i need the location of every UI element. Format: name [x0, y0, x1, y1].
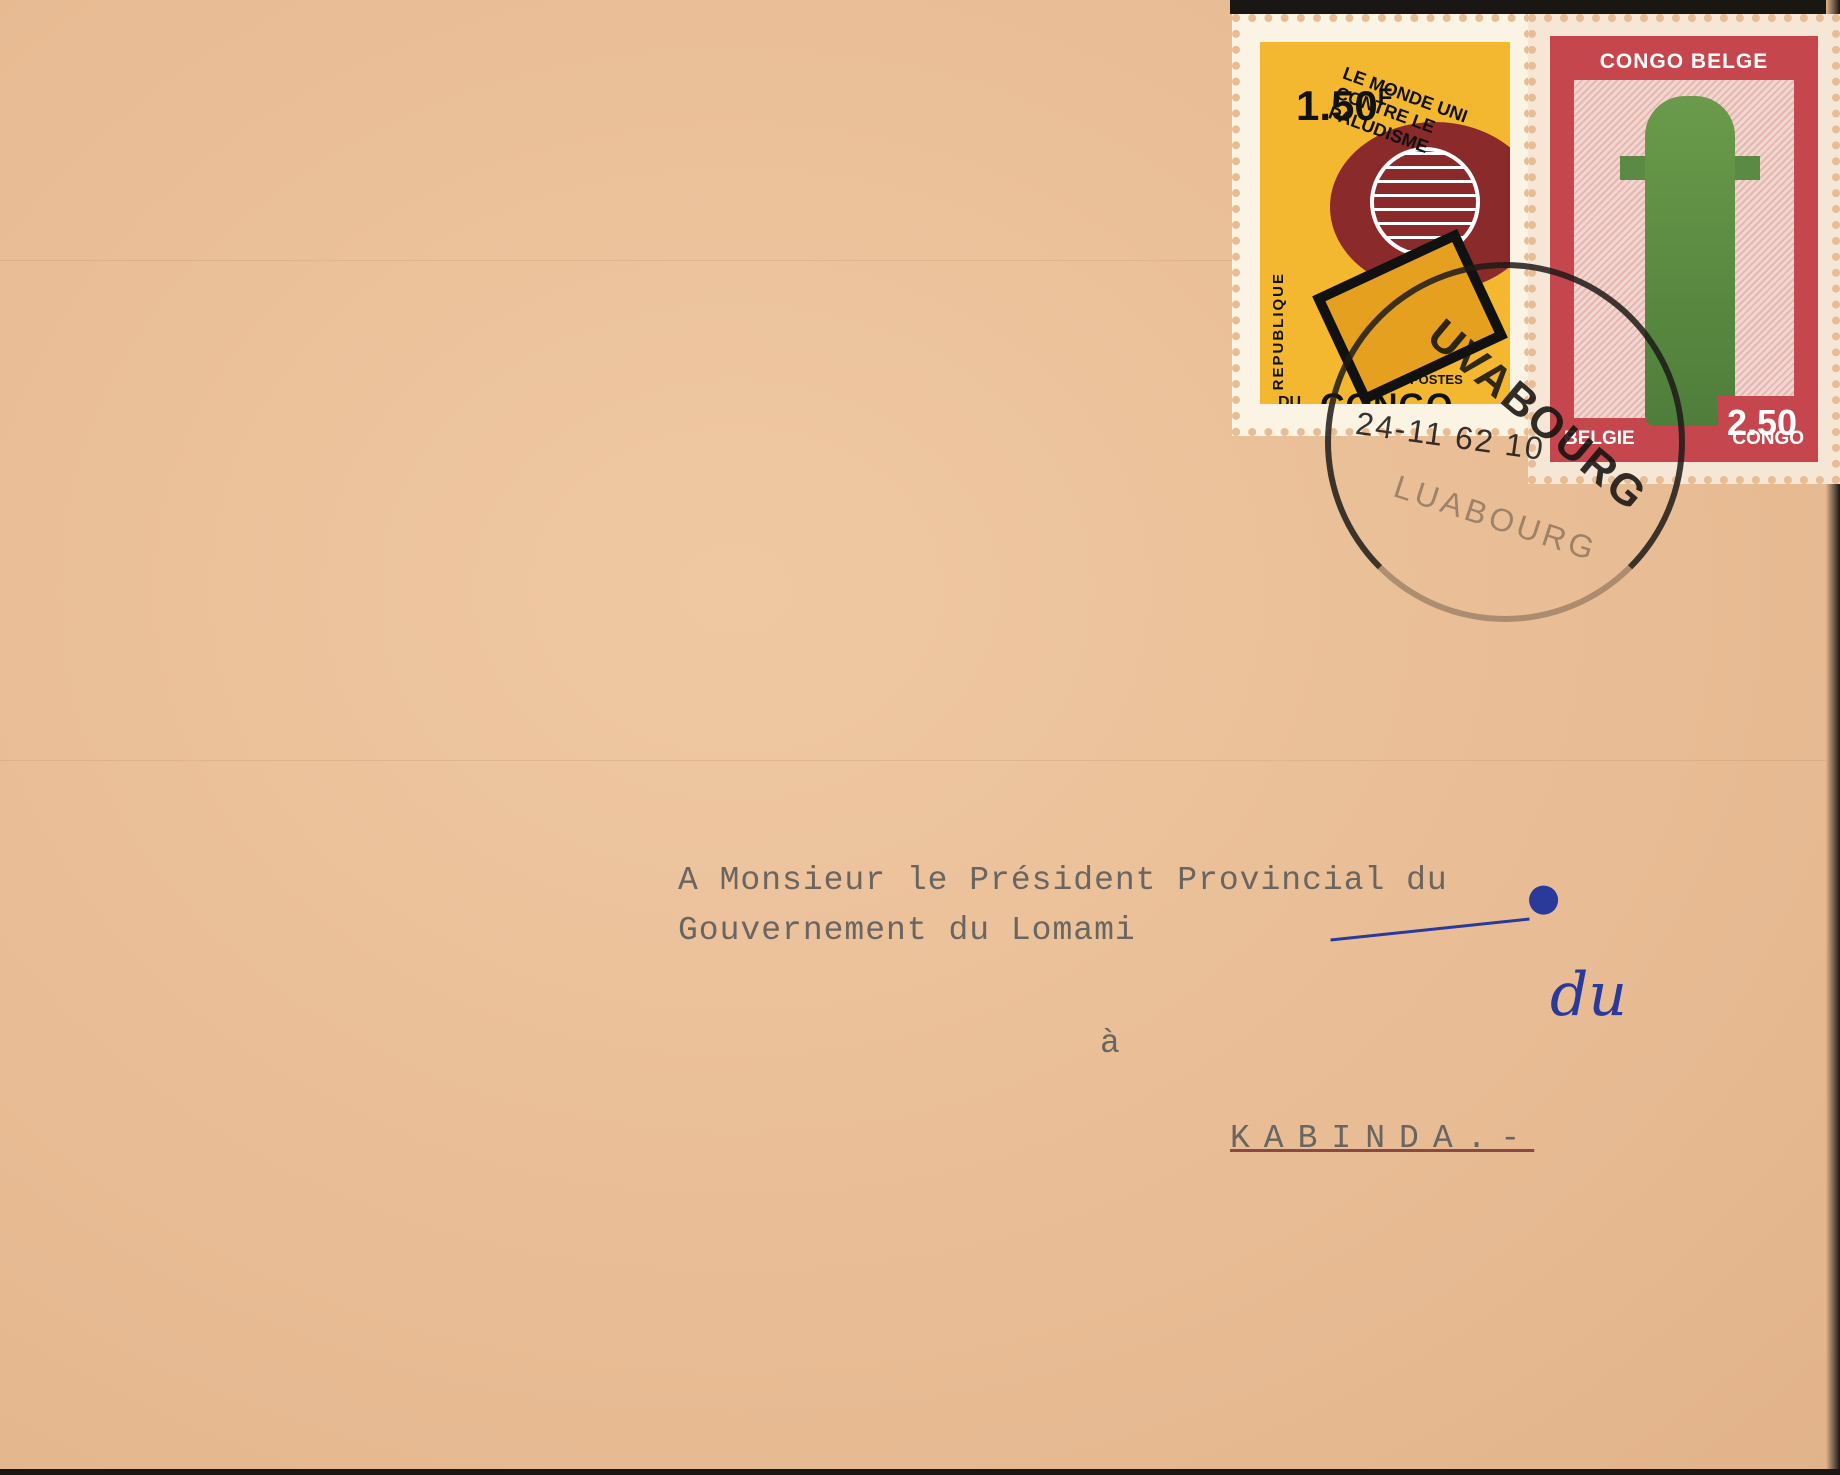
- handwritten-correction: du: [1550, 960, 1627, 1030]
- address-line-4: KABINDA.-: [1230, 1120, 1534, 1157]
- address-line-2: Gouvernement du Lomami: [678, 912, 1136, 949]
- envelope-edge: [0, 1469, 1840, 1475]
- address-line-3: à: [1100, 1025, 1121, 1062]
- envelope-edge: [1230, 0, 1840, 14]
- paper-fold: [0, 760, 1840, 761]
- stamp-bottom-right: CONGO: [1732, 428, 1804, 450]
- stamp-republique: REPUBLIQUE: [1270, 272, 1287, 390]
- stamp-top-text: CONGO BELGE: [1550, 50, 1818, 74]
- handwritten-mark: ●: [1527, 875, 1560, 919]
- address-line-1: A Monsieur le Président Provincial du: [678, 862, 1448, 899]
- stamp-du: DU: [1278, 394, 1301, 404]
